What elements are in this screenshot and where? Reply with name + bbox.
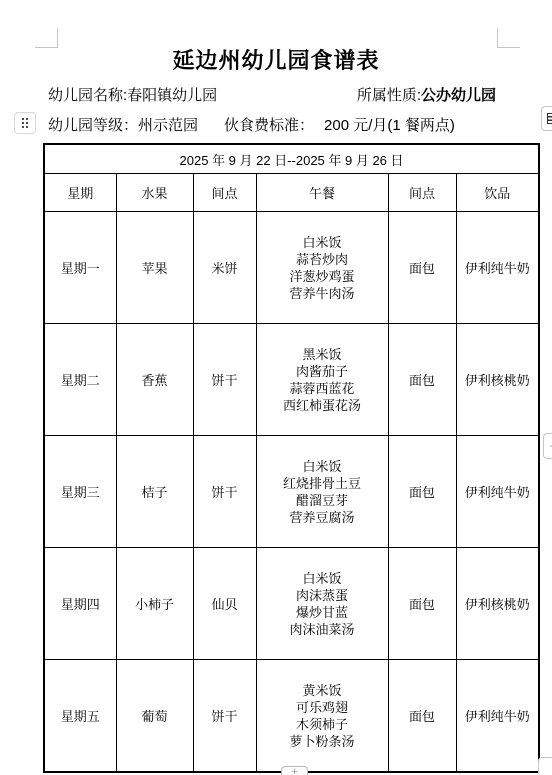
header-row: 星期 水果 间点 午餐 间点 饮品 bbox=[44, 174, 539, 212]
cell-snack-pm[interactable]: 面包 bbox=[388, 436, 456, 548]
edge-corner-button[interactable] bbox=[538, 757, 552, 775]
ownership-nature-value: 公办幼儿园 bbox=[421, 87, 496, 104]
cell-snack-am[interactable]: 饼干 bbox=[193, 436, 256, 548]
cell-day[interactable]: 星期一 bbox=[44, 212, 116, 324]
add-row-button[interactable]: + bbox=[281, 766, 308, 775]
drag-handle-icon bbox=[22, 118, 29, 129]
cell-snack-am[interactable]: 饼干 bbox=[193, 660, 256, 773]
document-page: { "page": { "title": "延边州幼儿园食谱表", "info"… bbox=[0, 0, 552, 775]
kindergarten-name: 幼儿园名称:春阳镇幼儿园 bbox=[48, 86, 217, 106]
table-row-monday: 星期一 苹果 米饼 白米饭 蒜苔炒肉 洋葱炒鸡蛋 营养牛肉汤 面包 伊利纯牛奶 bbox=[44, 212, 539, 324]
kindergarten-name-label: 幼儿园名称: bbox=[48, 87, 127, 104]
kindergarten-name-value: 春阳镇幼儿园 bbox=[127, 87, 217, 104]
grade-label: 幼儿园等级： bbox=[48, 117, 138, 134]
cell-drink[interactable]: 伊利核桃奶 bbox=[456, 548, 539, 660]
cell-snack-am[interactable]: 仙贝 bbox=[193, 548, 256, 660]
col-header-snack-am[interactable]: 间点 bbox=[193, 174, 256, 212]
cell-day[interactable]: 星期三 bbox=[44, 436, 116, 548]
col-header-snack-pm[interactable]: 间点 bbox=[388, 174, 456, 212]
table-row-tuesday: 星期二 香蕉 饼干 黑米饭 肉酱茄子 蒜蓉西蓝花 西红柿蛋花汤 面包 伊利核桃奶 bbox=[44, 324, 539, 436]
col-header-drink[interactable]: 饮品 bbox=[456, 174, 539, 212]
cell-drink[interactable]: 伊利核桃奶 bbox=[456, 324, 539, 436]
date-range-row: 2025 年 9 月 22 日--2025 年 9 月 26 日 bbox=[44, 144, 539, 174]
cell-fruit[interactable]: 葡萄 bbox=[116, 660, 193, 773]
cell-snack-pm[interactable]: 面包 bbox=[388, 324, 456, 436]
table-row-wednesday: 星期三 桔子 饼干 白米饭 红烧排骨土豆 醋溜豆芽 营养豆腐汤 面包 伊利纯牛奶 bbox=[44, 436, 539, 548]
fee-label: 伙食费标准： bbox=[224, 117, 314, 134]
date-range-cell[interactable]: 2025 年 9 月 22 日--2025 年 9 月 26 日 bbox=[44, 144, 539, 174]
fee-value: 200 元/月(1 餐两点) bbox=[324, 117, 455, 134]
col-header-day[interactable]: 星期 bbox=[44, 174, 116, 212]
menu-table: 2025 年 9 月 22 日--2025 年 9 月 26 日 星期 水果 间… bbox=[43, 143, 540, 773]
cell-snack-am[interactable]: 米饼 bbox=[193, 212, 256, 324]
table-tools-button[interactable] bbox=[541, 106, 552, 131]
page-title: 延边州幼儿园食谱表 bbox=[0, 44, 552, 75]
cell-snack-am[interactable]: 饼干 bbox=[193, 324, 256, 436]
grade-value: 州示范园 bbox=[138, 117, 198, 134]
cell-lunch[interactable]: 白米饭 蒜苔炒肉 洋葱炒鸡蛋 营养牛肉汤 bbox=[256, 212, 388, 324]
info-line-2: 幼儿园等级：州示范园伙食费标准：200 元/月(1 餐两点) bbox=[48, 116, 455, 136]
col-header-lunch[interactable]: 午餐 bbox=[256, 174, 388, 212]
cell-drink[interactable]: 伊利纯牛奶 bbox=[456, 212, 539, 324]
cell-day[interactable]: 星期二 bbox=[44, 324, 116, 436]
cell-snack-pm[interactable]: 面包 bbox=[388, 548, 456, 660]
drag-handle-button[interactable] bbox=[14, 112, 36, 134]
col-header-fruit[interactable]: 水果 bbox=[116, 174, 193, 212]
cell-drink[interactable]: 伊利纯牛奶 bbox=[456, 660, 539, 773]
add-row-icon: + bbox=[291, 767, 297, 775]
table-row-friday: 星期五 葡萄 饼干 黄米饭 可乐鸡翅 木须柿子 萝卜粉条汤 面包 伊利纯牛奶 bbox=[44, 660, 539, 773]
info-line-1: 幼儿园名称:春阳镇幼儿园 所属性质:公办幼儿园 bbox=[48, 86, 496, 106]
cell-drink[interactable]: 伊利纯牛奶 bbox=[456, 436, 539, 548]
cell-fruit[interactable]: 苹果 bbox=[116, 212, 193, 324]
add-column-button[interactable]: + bbox=[543, 433, 552, 459]
cell-fruit[interactable]: 香蕉 bbox=[116, 324, 193, 436]
cell-lunch[interactable]: 白米饭 肉沫蒸蛋 爆炒甘蓝 肉沫油菜汤 bbox=[256, 548, 388, 660]
ownership-nature: 所属性质:公办幼儿园 bbox=[357, 86, 496, 106]
table-tools-icon bbox=[547, 113, 552, 124]
cell-lunch[interactable]: 黑米饭 肉酱茄子 蒜蓉西蓝花 西红柿蛋花汤 bbox=[256, 324, 388, 436]
cell-lunch[interactable]: 白米饭 红烧排骨土豆 醋溜豆芽 营养豆腐汤 bbox=[256, 436, 388, 548]
cell-snack-pm[interactable]: 面包 bbox=[388, 212, 456, 324]
cell-fruit[interactable]: 小柿子 bbox=[116, 548, 193, 660]
ownership-nature-label: 所属性质: bbox=[357, 87, 421, 104]
cell-lunch[interactable]: 黄米饭 可乐鸡翅 木须柿子 萝卜粉条汤 bbox=[256, 660, 388, 773]
cell-fruit[interactable]: 桔子 bbox=[116, 436, 193, 548]
table-row-thursday: 星期四 小柿子 仙贝 白米饭 肉沫蒸蛋 爆炒甘蓝 肉沫油菜汤 面包 伊利核桃奶 bbox=[44, 548, 539, 660]
cell-day[interactable]: 星期五 bbox=[44, 660, 116, 773]
cell-snack-pm[interactable]: 面包 bbox=[388, 660, 456, 773]
cell-day[interactable]: 星期四 bbox=[44, 548, 116, 660]
